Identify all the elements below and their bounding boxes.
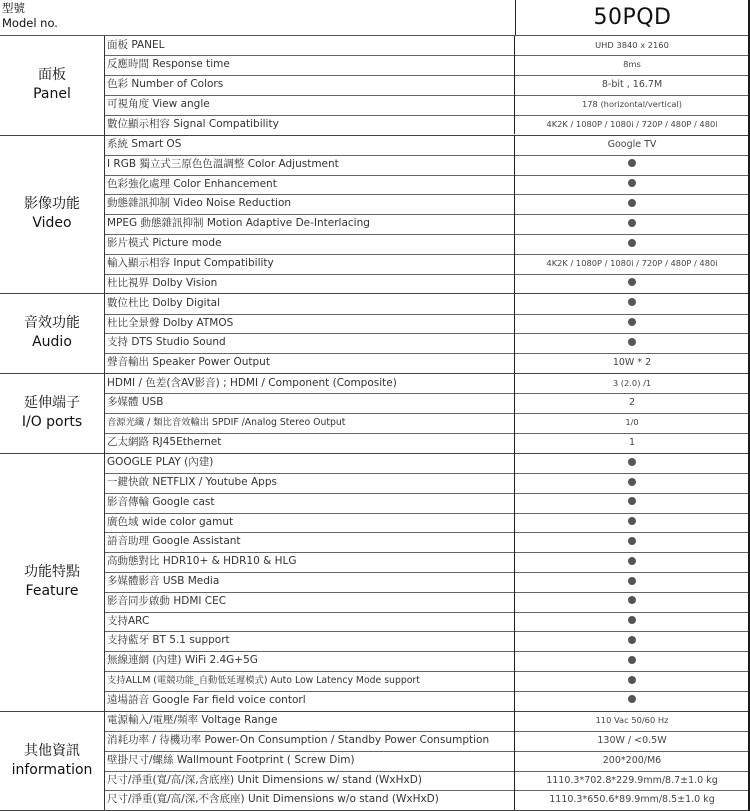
supported-dot-icon: [628, 159, 636, 167]
spec-value-supported: [514, 234, 749, 254]
spec-value-supported: [514, 333, 749, 353]
spec-label: 色彩 Number of Colors: [107, 75, 513, 95]
spec-row: 多媒體 USB2: [105, 393, 748, 414]
supported-dot-icon: [628, 676, 636, 684]
group-label-zh: 面板: [38, 66, 66, 85]
spec-row: 面板 PANELUHD 3840 x 2160: [105, 36, 748, 57]
spec-label: I RGB 獨立式三原色色溫調整 Color Adjustment: [107, 155, 513, 175]
spec-label: 尺寸/淨重(寬/高/深,不含底座) Unit Dimensions w/o st…: [107, 790, 513, 810]
group-label: 功能特點Feature: [0, 453, 105, 710]
group-label-zh: 影像功能: [24, 195, 80, 214]
spec-row: 語音助理 Google Assistant: [105, 532, 748, 553]
spec-value-supported: [514, 493, 749, 513]
spec-value: 1110.3*702.8*229.9mm/8.7±1.0 kg: [514, 771, 749, 791]
spec-label: 音源光纖 / 類比音效輸出 SPDIF /Analog Stereo Outpu…: [107, 413, 513, 433]
spec-row: GOOGLE PLAY (內建): [105, 453, 748, 474]
spec-label: 支持藍牙 BT 5.1 support: [107, 631, 513, 651]
spec-value: 1110.3*650.6*89.9mm/8.5±1.0 kg: [514, 790, 749, 810]
spec-row: 廣色域 wide color gamut: [105, 513, 748, 534]
spec-value-supported: [514, 194, 749, 214]
supported-dot-icon: [628, 596, 636, 604]
spec-row: 色彩強化處理 Color Enhancement: [105, 175, 748, 196]
spec-row: 輸入顯示相容 Input Compatibility4K2K / 1080P /…: [105, 254, 748, 275]
spec-row: HDMI / 色差(含AV影音) ; HDMI / Component (Com…: [105, 374, 748, 395]
spec-value: UHD 3840 x 2160: [514, 36, 749, 56]
spec-row: 音源光纖 / 類比音效輸出 SPDIF /Analog Stereo Outpu…: [105, 413, 748, 434]
spec-value-supported: [514, 274, 749, 294]
spec-label: 支持ALLM (電競功能_自動低延遲模式) Auto Low Latency M…: [107, 671, 513, 691]
spec-value: 1/0: [514, 413, 749, 433]
spec-label: 支持ARC: [107, 612, 513, 632]
supported-dot-icon: [628, 318, 636, 326]
spec-row: 數位杜比 Dolby Digital: [105, 294, 748, 315]
spec-label: 影音傳輸 Google cast: [107, 493, 513, 513]
spec-value-supported: [514, 453, 749, 473]
supported-dot-icon: [628, 656, 636, 664]
spec-row: 支持ALLM (電競功能_自動低延遲模式) Auto Low Latency M…: [105, 671, 748, 692]
spec-row: 系統 Smart OSGoogle TV: [105, 135, 748, 156]
group-label-zh: 音效功能: [24, 314, 80, 333]
spec-value: 1: [514, 433, 749, 453]
spec-value-supported: [514, 552, 749, 572]
supported-dot-icon: [628, 199, 636, 207]
spec-label: 色彩強化處理 Color Enhancement: [107, 175, 513, 195]
group-information: 其他資訊information電源輸入/電壓/頻率 Voltage Range1…: [0, 711, 748, 811]
group-label-zh: 延伸端子: [24, 394, 80, 413]
spec-row: 色彩 Number of Colors8-bit , 16.7M: [105, 75, 748, 96]
spec-value-supported: [514, 671, 749, 691]
spec-label: 乙太網路 RJ45Ethernet: [107, 433, 513, 453]
group-label-en: Audio: [32, 333, 72, 352]
supported-dot-icon: [628, 557, 636, 565]
spec-value-supported: [514, 612, 749, 632]
spec-label: 遠場語音 Google Far field voice contorl: [107, 691, 513, 711]
spec-row: 支持 DTS Studio Sound: [105, 333, 748, 354]
header-row: 型號 Model no. 50PQD: [0, 0, 748, 36]
spec-label: 數位顯示相容 Signal Compatibility: [107, 115, 513, 135]
spec-value-supported: [514, 592, 749, 612]
model-no-label: 型號 Model no.: [2, 1, 58, 31]
spec-row: 聲音輸出 Speaker Power Output10W * 2: [105, 353, 748, 373]
spec-row: 杜比視界 Dolby Vision: [105, 274, 748, 294]
supported-dot-icon: [628, 478, 636, 486]
group-video: 影像功能Video系統 Smart OSGoogle TVI RGB 獨立式三原…: [0, 135, 748, 294]
spec-row: 消耗功率 / 待機功率 Power-On Consumption / Stand…: [105, 731, 748, 752]
supported-dot-icon: [628, 537, 636, 545]
spec-row: 反應時間 Response time8ms: [105, 55, 748, 76]
group-label: 音效功能Audio: [0, 294, 105, 373]
group-label-zh: 其他資訊: [24, 742, 80, 761]
spec-value-supported: [514, 691, 749, 711]
spec-row: 一鍵快啟 NETFLIX / Youtube Apps: [105, 473, 748, 494]
spec-value: 4K2K / 1080P / 1080i / 720P / 480P / 480…: [514, 254, 749, 274]
spec-label: 多媒體 USB: [107, 393, 513, 413]
spec-value-supported: [514, 473, 749, 493]
spec-value-supported: [514, 631, 749, 651]
spec-label: 壁掛尺寸/螺絲 Wallmount Footprint ( Screw Dim): [107, 751, 513, 771]
spec-row: 尺寸/淨重(寬/高/深,不含底座) Unit Dimensions w/o st…: [105, 790, 748, 810]
model-number: 50PQD: [515, 0, 749, 35]
spec-value-supported: [514, 155, 749, 175]
spec-label: 語音助理 Google Assistant: [107, 532, 513, 552]
group-i-o-ports: 延伸端子I/O portsHDMI / 色差(含AV影音) ; HDMI / C…: [0, 374, 748, 454]
spec-label: 多媒體影音 USB Media: [107, 572, 513, 592]
spec-row: 動態雜訊抑制 Video Noise Reduction: [105, 194, 748, 215]
group-label: 面板Panel: [0, 36, 105, 135]
spec-row: 無線連網 (內建) WiFi 2.4G+5G: [105, 651, 748, 672]
supported-dot-icon: [628, 298, 636, 306]
supported-dot-icon: [628, 695, 636, 703]
spec-row: 數位顯示相容 Signal Compatibility4K2K / 1080P …: [105, 115, 748, 135]
spec-value-supported: [514, 532, 749, 552]
spec-value-supported: [514, 572, 749, 592]
group-label-zh: 功能特點: [24, 563, 80, 582]
spec-value: 2: [514, 393, 749, 413]
model-no-label-zh: 型號: [2, 1, 58, 16]
spec-value: 4K2K / 1080P / 1080i / 720P / 480P / 480…: [514, 115, 749, 135]
supported-dot-icon: [628, 616, 636, 624]
spec-value: 8-bit , 16.7M: [514, 75, 749, 95]
spec-value: 8ms: [514, 55, 749, 75]
spec-row: 影音傳輸 Google cast: [105, 493, 748, 514]
spec-label: 廣色域 wide color gamut: [107, 513, 513, 533]
spec-label: GOOGLE PLAY (內建): [107, 453, 513, 473]
spec-label: 影片模式 Picture mode: [107, 234, 513, 254]
spec-label: 反應時間 Response time: [107, 55, 513, 75]
model-no-label-en: Model no.: [2, 16, 58, 31]
spec-value-supported: [514, 214, 749, 234]
model-no-label-cell: 型號 Model no.: [0, 0, 514, 35]
supported-dot-icon: [628, 338, 636, 346]
group-audio: 音效功能Audio數位杜比 Dolby Digital杜比全景聲 Dolby A…: [0, 294, 748, 374]
group-label: 影像功能Video: [0, 135, 105, 293]
spec-value: Google TV: [514, 135, 749, 155]
spec-row: 影片模式 Picture mode: [105, 234, 748, 255]
spec-row: 杜比全景聲 Dolby ATMOS: [105, 314, 748, 335]
spec-label: 輸入顯示相容 Input Compatibility: [107, 254, 513, 274]
supported-dot-icon: [628, 179, 636, 187]
spec-label: 電源輸入/電壓/頻率 Voltage Range: [107, 711, 513, 731]
spec-value: 200*200/M6: [514, 751, 749, 771]
spec-value: 178 (horizontal/vertical): [514, 95, 749, 115]
spec-label: 消耗功率 / 待機功率 Power-On Consumption / Stand…: [107, 731, 513, 751]
supported-dot-icon: [628, 278, 636, 286]
group-label: 延伸端子I/O ports: [0, 374, 105, 453]
group-label-en: information: [12, 761, 93, 780]
spec-value-supported: [514, 294, 749, 314]
spec-label: 杜比視界 Dolby Vision: [107, 274, 513, 294]
spec-row: 高動態對比 HDR10+ & HDR10 & HLG: [105, 552, 748, 573]
supported-dot-icon: [628, 517, 636, 525]
spec-row: 可視角度 View angle178 (horizontal/vertical): [105, 95, 748, 116]
supported-dot-icon: [628, 239, 636, 247]
group-label-en: Video: [32, 214, 71, 233]
spec-label: 支持 DTS Studio Sound: [107, 333, 513, 353]
supported-dot-icon: [628, 219, 636, 227]
group-label-en: Panel: [33, 85, 71, 104]
group-label-en: Feature: [26, 582, 79, 601]
spec-row: 電源輸入/電壓/頻率 Voltage Range110 Vac 50/60 Hz: [105, 711, 748, 732]
supported-dot-icon: [628, 497, 636, 505]
spec-label: 動態雜訊抑制 Video Noise Reduction: [107, 194, 513, 214]
spec-value: 110 Vac 50/60 Hz: [514, 711, 749, 731]
spec-label: 高動態對比 HDR10+ & HDR10 & HLG: [107, 552, 513, 572]
group-feature: 功能特點FeatureGOOGLE PLAY (內建)一鍵快啟 NETFLIX …: [0, 453, 748, 711]
spec-value-supported: [514, 651, 749, 671]
supported-dot-icon: [628, 577, 636, 585]
spec-value-supported: [514, 513, 749, 533]
spec-row: 影音同步啟動 HDMI CEC: [105, 592, 748, 613]
spec-label: 系統 Smart OS: [107, 135, 513, 155]
spec-row: 尺寸/淨重(寬/高/深,含底座) Unit Dimensions w/ stan…: [105, 771, 748, 792]
spec-row: 支持ARC: [105, 612, 748, 633]
spec-sheet: 型號 Model no. 50PQD 面板Panel面板 PANELUHD 38…: [0, 0, 750, 811]
spec-label: 一鍵快啟 NETFLIX / Youtube Apps: [107, 473, 513, 493]
spec-value-supported: [514, 175, 749, 195]
spec-value: 130W / <0.5W: [514, 731, 749, 751]
spec-label: MPEG 動態雜訊抑制 Motion Adaptive De-Interlaci…: [107, 214, 513, 234]
group-label: 其他資訊information: [0, 711, 105, 810]
spec-row: 支持藍牙 BT 5.1 support: [105, 631, 748, 652]
spec-row: MPEG 動態雜訊抑制 Motion Adaptive De-Interlaci…: [105, 214, 748, 235]
spec-label: 影音同步啟動 HDMI CEC: [107, 592, 513, 612]
spec-label: 數位杜比 Dolby Digital: [107, 294, 513, 314]
spec-row: 乙太網路 RJ45Ethernet1: [105, 433, 748, 453]
spec-label: HDMI / 色差(含AV影音) ; HDMI / Component (Com…: [107, 374, 513, 394]
supported-dot-icon: [628, 458, 636, 466]
spec-label: 杜比全景聲 Dolby ATMOS: [107, 314, 513, 334]
spec-label: 面板 PANEL: [107, 36, 513, 56]
spec-row: 多媒體影音 USB Media: [105, 572, 748, 593]
spec-value: 10W * 2: [514, 353, 749, 373]
spec-label: 聲音輸出 Speaker Power Output: [107, 353, 513, 373]
supported-dot-icon: [628, 636, 636, 644]
spec-value: 3 (2.0) /1: [514, 374, 749, 394]
group-label-en: I/O ports: [22, 413, 82, 432]
spec-label: 尺寸/淨重(寬/高/深,含底座) Unit Dimensions w/ stan…: [107, 771, 513, 791]
spec-value-supported: [514, 314, 749, 334]
group-panel: 面板Panel面板 PANELUHD 3840 x 2160反應時間 Respo…: [0, 36, 748, 136]
spec-label: 無線連網 (內建) WiFi 2.4G+5G: [107, 651, 513, 671]
spec-row: 遠場語音 Google Far field voice contorl: [105, 691, 748, 711]
spec-row: 壁掛尺寸/螺絲 Wallmount Footprint ( Screw Dim)…: [105, 751, 748, 772]
spec-row: I RGB 獨立式三原色色溫調整 Color Adjustment: [105, 155, 748, 176]
spec-label: 可視角度 View angle: [107, 95, 513, 115]
